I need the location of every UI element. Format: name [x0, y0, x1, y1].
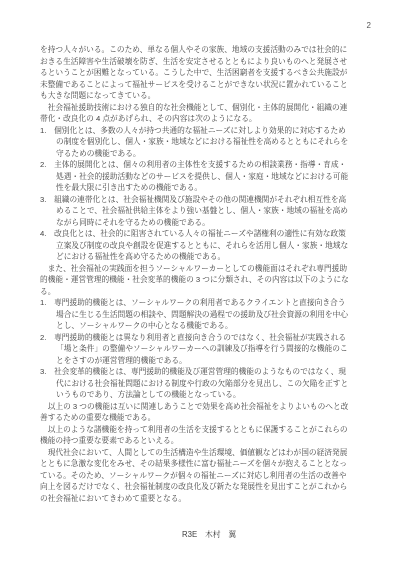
list-item-line: ながら同時にそれを守るための機能である。 — [40, 217, 374, 229]
text-line: 的機能・運営管理的機能・社会変革的機能の 3 つに分類され、その内容は以下のよう… — [40, 274, 374, 286]
list-item-line: どにおける福祉性を高め守るための機能である。 — [40, 251, 374, 263]
text-line: とともに急激な変化をみせ、その結果多様性に富む福祉ニーズを個々が抱えることとなっ — [40, 458, 374, 470]
text-line: 機能の持つ重要な要素であるといえる。 — [40, 435, 374, 447]
list-item-line: とをさすのが運営管理的機能である。 — [40, 355, 374, 367]
text-line: 現代社会において、人間としての生活構造や生活環境、価値観などはわが国の経済発展 — [40, 447, 374, 459]
list-item-line: 性を最大限に引き出すための機能である。 — [40, 182, 374, 194]
list-item-line: 代における社会福祉問題における制度や行政の欠陥部分を見出し、この欠陥を正すと — [40, 378, 374, 390]
list-item-line: 4. 改良化とは、社会的に阻害されている人々の福祉ニーズや諸権利の適性に有効な政… — [40, 228, 374, 240]
author-signature: R3E 木村 翼 — [182, 529, 236, 540]
list-item-line: の制度を個別化し、個人・家族・地域などにおける福祉性を高めるとともにそれらを — [40, 136, 374, 148]
list-item-line: 2. 主体的展開化とは、個々の利用者の主体性を支援するための相談業務・指導・育成… — [40, 159, 374, 171]
text-line: も大きな問題になってきている。 — [40, 90, 374, 102]
list-item-line: 1. 個別化とは、多数の人々が持つ共通的な福祉ニーズに対しより効果的に対応するた… — [40, 125, 374, 137]
document-page: 2 を持つ人々がいる。このため、単なる個人やその家族、地域の支援活動のみでは社会… — [0, 0, 410, 580]
list-item-line: 1. 専門援助的機能とは、ソーシャルワークの利用者であるクライエントと直接向き合… — [40, 297, 374, 309]
text-line: ている。そのため、ソーシャルワークが個々の福祉ニーズに対応し利用者の生活の改善や — [40, 470, 374, 482]
text-line: 社会福祉援助技術における独自的な社会機能として、個別化・主体的展開化・組織の連 — [40, 102, 374, 114]
text-line: 帯化・改良化の 4 点があげられ、その内容は次のようになる。 — [40, 113, 374, 125]
list-item-line: いうものであり、方法論としての機能となっている。 — [40, 389, 374, 401]
list-item-line: 2. 専門援助的機能とは異なり利用者と直接向き合うのではなく、社会福祉が実践され… — [40, 332, 374, 344]
text-line: るということが困難となっている。こうした中で、生活困窮者を支援するべき公共施設が — [40, 67, 374, 79]
text-line: の社会福祉においてきわめて重要となる。 — [40, 493, 374, 505]
text-line: 以上のような諸機能を持って利用者の生活を支援するとともに保護することがこれらの — [40, 424, 374, 436]
list-item-line: とし、ソーシャルワークの中心となる機能である。 — [40, 320, 374, 332]
document-body: を持つ人々がいる。このため、単なる個人やその家族、地域の支援活動のみでは社会的に… — [40, 44, 374, 504]
list-item-line: 場合に生じる生活問題の相談や、問題解決の過程での援助及び社会資源の利用を中心 — [40, 309, 374, 321]
text-line: また、社会福祉の実践面を担うソーシャルワーカーとしての機能面はそれぞれ専門援助 — [40, 263, 374, 275]
list-item-line: 3. 社会変革的機能とは、専門援助的機能及び運営管理的機能のようなものではなく、… — [40, 366, 374, 378]
text-line: 向上を図るだけでなく、社会福祉制度の改良化及び新たな発展性を見出すことがこれから — [40, 481, 374, 493]
list-item-line: 「場と条件」の整備やソーシャルワーカーへの訓練及び指導を行う間接的な機能のこ — [40, 343, 374, 355]
text-line: る。 — [40, 286, 374, 298]
list-item-line: 守るための機能である。 — [40, 148, 374, 160]
text-line: を持つ人々がいる。このため、単なる個人やその家族、地域の支援活動のみでは社会的に — [40, 44, 374, 56]
list-item-line: 3. 組織の連帯化とは、社会福祉機関及び施設やその他の関連機関がそれぞれ相互性を… — [40, 194, 374, 206]
list-item-line: 立案及び制度の改良や創設を促進するとともに、それらを活用し個人・家族・地域な — [40, 240, 374, 252]
text-line: 以上の 3 つの機能は互いに関連しあうことで効果を高め社会福祉をよりよいものへと… — [40, 401, 374, 413]
list-item-line: 処遇・社会的援助活動などのサービスを提供し、個人・家庭・地域などにおける可能 — [40, 171, 374, 183]
page-number: 2 — [367, 21, 371, 30]
list-item-line: めることで、社会福祉供給主体をより強い基盤とし、個人・家族・地域の福祉を高め — [40, 205, 374, 217]
text-line: 未整備であることによって福祉サービスを受けることができない状況に置かれていること — [40, 79, 374, 91]
text-line: おきる生活障害や生活破壊を防ぎ、生活を安定させるとともにより良いものへと発展させ — [40, 56, 374, 68]
text-line: 善するための重要な機能である。 — [40, 412, 374, 424]
